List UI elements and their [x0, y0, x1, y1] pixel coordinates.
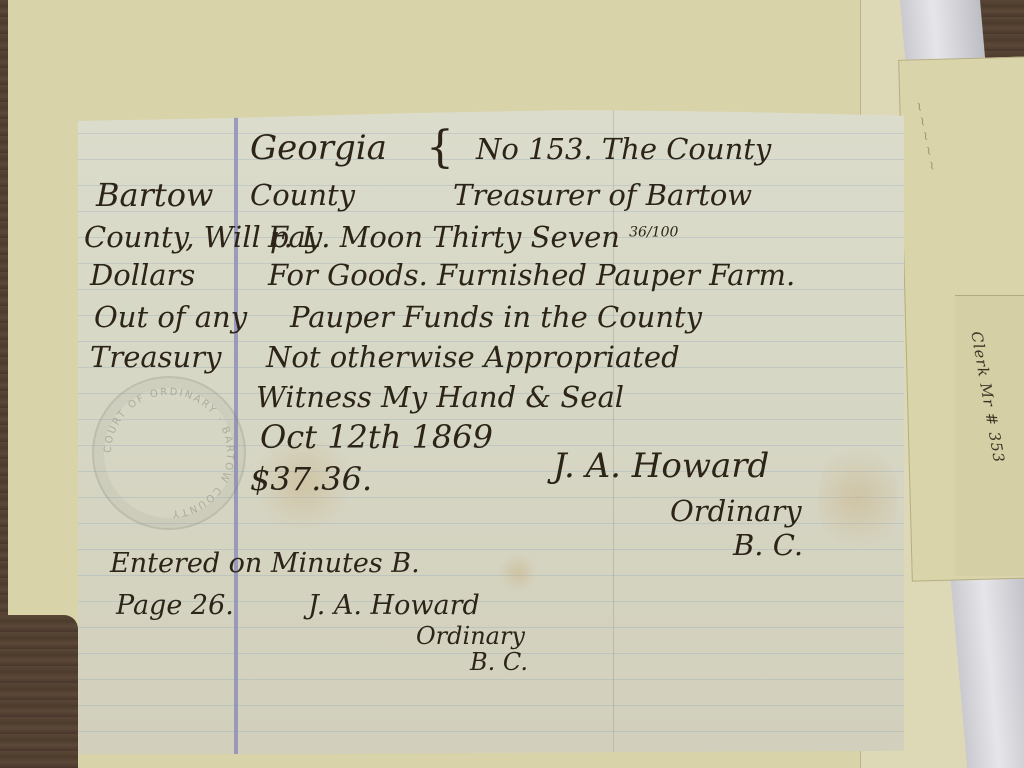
county-word: County — [250, 178, 355, 212]
body-left-4: Treasury — [90, 340, 221, 374]
warrant-document: COURT OF ORDINARY · BARTOW COUNTY Georgi… — [78, 108, 904, 754]
amount-figure: $37.36. — [250, 460, 372, 498]
entry-signature-name: J. A. Howard — [308, 590, 480, 621]
body-left-3: Out of any — [94, 300, 247, 334]
body-left-2: Dollars — [90, 258, 195, 292]
entry-signature-county: B. C. — [470, 648, 528, 676]
warrant-number: No 153. The County — [476, 132, 771, 166]
signature-county: B. C. — [733, 528, 803, 562]
date-line: Oct 12th 1869 — [260, 418, 493, 456]
signature-name: J. A. Howard — [553, 446, 769, 486]
county-left: Bartow — [96, 176, 213, 214]
seal-text: COURT OF ORDINARY · BARTOW COUNTY — [103, 387, 235, 519]
water-stain — [818, 438, 898, 558]
entry-signature-title: Ordinary — [416, 622, 525, 650]
brace-icon: { — [426, 126, 454, 170]
appropriation-line: Not otherwise Appropriated — [266, 340, 680, 374]
payee-amount-words: F. L. Moon Thirty Seven — [268, 220, 620, 254]
signature-title: Ordinary — [670, 494, 802, 528]
entry-note-line2: Page 26. — [116, 590, 234, 621]
purpose-line: For Goods. Furnished Pauper Farm. — [268, 258, 795, 292]
water-stain — [498, 553, 538, 593]
funds-line: Pauper Funds in the County — [290, 300, 702, 334]
entry-note-line1: Entered on Minutes B. — [110, 548, 420, 579]
treasurer-line: Treasurer of Bartow — [453, 178, 752, 212]
svg-text:COURT OF ORDINARY · BARTOW COU: COURT OF ORDINARY · BARTOW COUNTY — [103, 387, 235, 519]
seal-text-ring: COURT OF ORDINARY · BARTOW COUNTY — [94, 378, 244, 528]
court-seal-embossing: COURT OF ORDINARY · BARTOW COUNTY — [92, 376, 246, 530]
folder-edge — [0, 615, 78, 768]
witness-line: Witness My Hand & Seal — [256, 380, 624, 414]
payee-line: F. L. Moon Thirty Seven 36/100 — [268, 220, 678, 254]
state-name: Georgia — [250, 128, 387, 168]
amount-fraction: 36/100 — [629, 224, 678, 240]
